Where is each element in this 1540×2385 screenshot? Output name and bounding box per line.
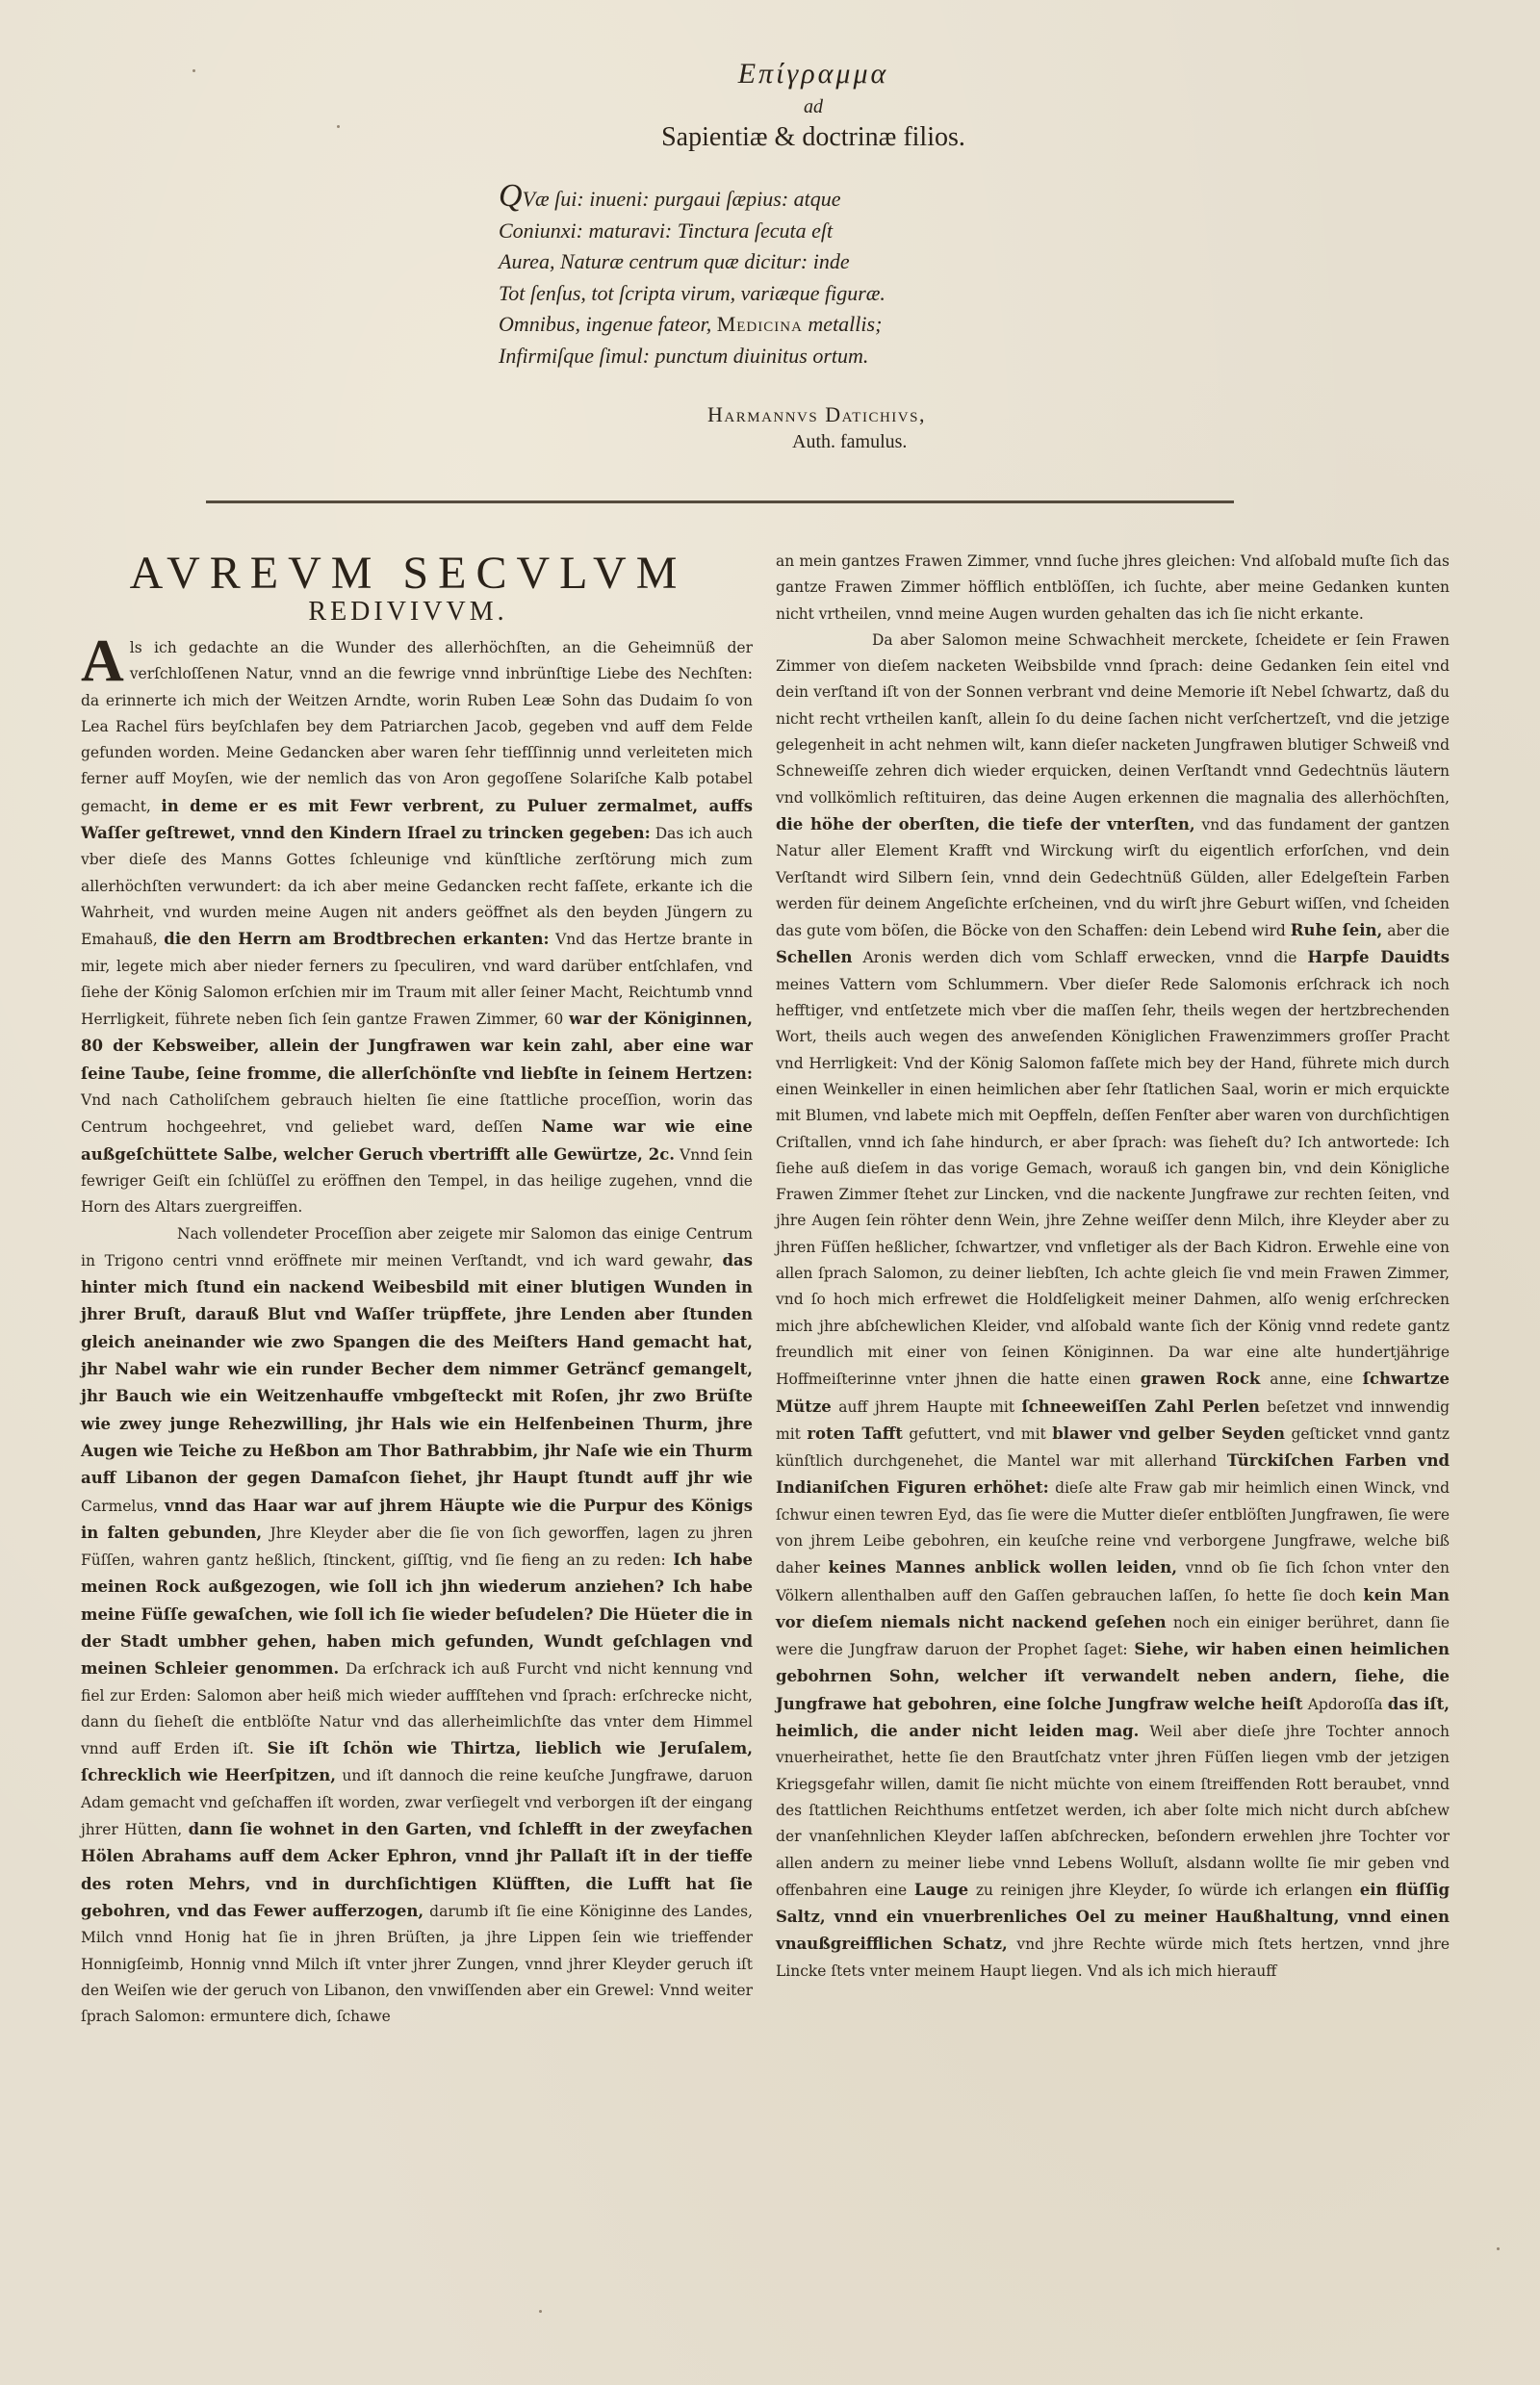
emphasized-text: die höhe der oberſten, die tiefe der vnt…: [776, 815, 1195, 833]
verse-line: QVæ ſui: inueni: purgaui ſæpius: atque: [499, 181, 885, 216]
verse-line: Aurea, Naturæ centrum quæ dicitur: inde: [499, 246, 885, 278]
signature: Harmannvs Datichivs, Auth. famulus.: [707, 402, 926, 453]
paragraph: Da aber Salomon meine Schwachheit mercke…: [776, 628, 1450, 1985]
emphasized-text: Lauge: [914, 1881, 968, 1899]
paragraph: an mein gantzes Frawen Zimmer, vnnd ſuch…: [776, 549, 1450, 628]
body-text: Aronis werden dich vom Schlaff erwecken,…: [853, 949, 1308, 966]
epigram-title: Επίγραμμα: [87, 58, 1540, 90]
emphasized-text: Schellen: [776, 948, 853, 966]
emphasized-text: grawen Rock: [1141, 1370, 1261, 1388]
signature-name: Harmannvs Datichivs,: [707, 402, 926, 427]
verse-line: Coniunxi: maturavi: Tinctura ſecuta eſt: [499, 216, 885, 247]
emphasized-text: die den Herrn am Brodtbrechen erkanten:: [164, 930, 549, 948]
body-text: Carmelus,: [81, 1498, 165, 1515]
body-text: gefuttert, vnd mit: [903, 1425, 1052, 1443]
body-text: anne, eine: [1260, 1371, 1362, 1388]
body-text: darumb iſt ſie eine Königinne des Landes…: [81, 1903, 753, 2025]
paper-speck: [192, 69, 195, 72]
document-page: Επίγραμμα ad Sapientiæ & doctrinæ filios…: [0, 0, 1540, 2385]
emphasized-text: Ich habe meinen Rock außgezogen, wie ſol…: [81, 1551, 753, 1678]
epigram-header: Επίγραμμα ad Sapientiæ & doctrinæ filios…: [0, 58, 1540, 153]
article-subtitle: REDIVIVVM.: [81, 597, 735, 628]
left-column: Als ich gedachte an die Wunder des aller…: [81, 635, 753, 2030]
body-text: Apdoroſſa: [1303, 1696, 1388, 1713]
article-title: AVREVM SECVLVM: [81, 549, 735, 599]
verse-line: Tot ſenſus, tot ſcripta virum, variæque …: [499, 278, 885, 310]
body-text: aber die: [1382, 922, 1450, 939]
epigram-verse: QVæ ſui: inueni: purgaui ſæpius: atque C…: [499, 181, 885, 372]
body-text: Da aber Salomon meine Schwachheit mercke…: [776, 631, 1450, 807]
body-text: Nach vollendeter Proceſſion aber zeigete…: [81, 1225, 753, 1269]
body-text: auff jhrem Haupte mit: [832, 1398, 1022, 1416]
body-text: ls ich gedachte an die Wunder des allerh…: [81, 639, 753, 815]
emphasized-text: keines Mannes anblick wollen leiden,: [829, 1558, 1177, 1577]
body-text: an mein gantzes Frawen Zimmer, vnnd ſuch…: [776, 552, 1450, 623]
emphasized-text: Harpfe Dauidts: [1307, 948, 1450, 966]
emphasized-text: blawer vnd gelber Seyden: [1052, 1424, 1285, 1443]
right-column: an mein gantzes Frawen Zimmer, vnnd ſuch…: [776, 549, 1450, 1985]
drop-cap: A: [81, 637, 124, 685]
emphasized-text: ſchneeweiſſen Zahl Perlen: [1022, 1398, 1260, 1416]
verse-initial: Q: [499, 178, 523, 214]
paper-speck: [337, 125, 340, 128]
paragraph: Als ich gedachte an die Wunder des aller…: [81, 635, 753, 1221]
body-text: Weil aber dieſe jhre Tochter annoch vnue…: [776, 1723, 1450, 1899]
verse-line: Infirmiſque ſimul: punctum diuinitus ort…: [499, 341, 885, 372]
emphasized-text: das hinter mich ſtund ein nackend Weibes…: [81, 1251, 753, 1487]
epigram-subtitle: Sapientiæ & doctrinæ filios.: [87, 122, 1540, 153]
section-divider: [206, 500, 1234, 503]
signature-role: Auth. famulus.: [792, 431, 926, 453]
body-text: meines Vattern vom Schlummern. Vber dieſ…: [776, 976, 1450, 1388]
paper-speck: [539, 2310, 542, 2313]
paragraph: Nach vollendeter Proceſſion aber zeigete…: [81, 1221, 753, 2031]
body-text: zu reinigen jhre Kleyder, ſo würde ich e…: [968, 1882, 1360, 1899]
verse-line: Omnibus, ingenue fateor, Medicina metall…: [499, 309, 885, 341]
epigram-ad: ad: [87, 96, 1540, 118]
paper-speck: [1497, 2247, 1500, 2250]
emphasized-text: roten Tafft: [807, 1424, 903, 1443]
emphasized-text: Ruhe ſein,: [1291, 921, 1383, 939]
